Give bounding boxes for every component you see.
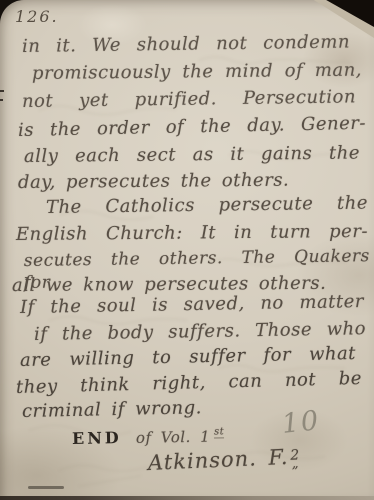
page-number: 126. [15,7,59,26]
signature-name: Atkinson. F. [147,445,288,475]
manuscript-page: 126. in it. We should not condemn promis… [0,0,374,500]
manuscript-line-2: promiscuously the mind of man, [32,60,362,85]
manuscript-line-1: in it. We should not condemn [22,31,350,58]
signature-suffix: 2„ [290,452,301,467]
bottom-page-edge-shadow [0,496,374,500]
manuscript-line-11: If the soul is saved, no matter [20,291,364,319]
end-volume-ordinal: st [214,426,224,438]
manuscript-line-6: day, persecutes the others. [18,170,289,194]
left-edge-mark [0,90,4,92]
manuscript-line-7: The Catholics persecute the [46,193,368,219]
left-edge-mark [0,99,3,101]
manuscript-line-5: ally each sect as it gains the [24,142,360,168]
manuscript-line-12: if the body suffers. Those who [34,318,366,346]
pencil-note: 10 [281,410,321,436]
manuscript-line-15: criminal if wrong. [22,397,202,423]
manuscript-line-14: they think right, can not be [16,368,362,399]
manuscript-line-13: are willing to suffer for what [20,343,356,372]
end-of-volume-line: END of Vol. 1st [72,421,225,450]
end-label: END [72,428,122,448]
signature-line: Atkinson. F.2„ [148,445,301,474]
manuscript-line-4: is the order of the day. Gener- [18,113,366,142]
end-volume-text: of Vol. 1 [136,428,211,447]
bottom-edge-mark [28,486,64,489]
manuscript-line-8: English Church: It in turn per- [16,221,368,246]
photographed-manuscript: 126. in it. We should not condemn promis… [0,0,374,500]
signature-ditto-marks: „ [292,460,300,467]
manuscript-line-3: not yet purified. Persecution [22,86,356,113]
